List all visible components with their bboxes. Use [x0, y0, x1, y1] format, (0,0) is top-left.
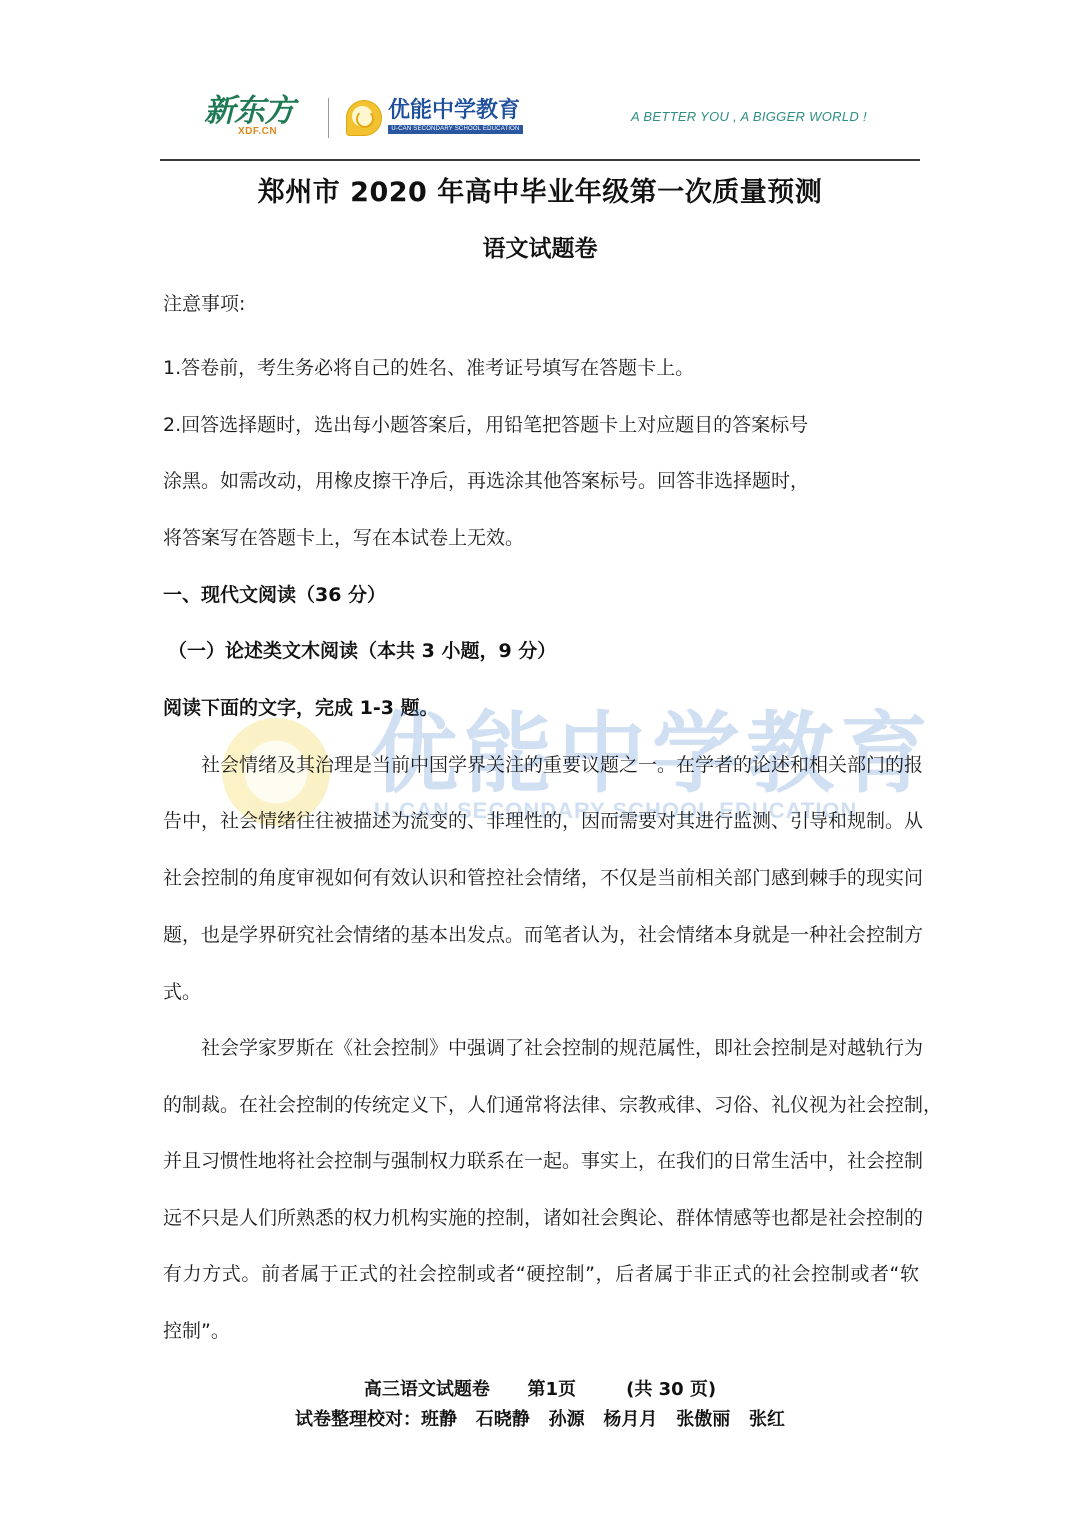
xdf-logo-cn: 新东方 — [204, 94, 294, 128]
document-title: 郑州市 2020 年高中毕业年级第一次质量预测 — [0, 173, 1080, 213]
paragraph-line: 社会学家罗斯在《社会控制》中强调了社会控制的规范属性，即社会控制是对越轨行为 — [163, 1033, 919, 1063]
ucan-logo: 优能中学教育 U-CAN SECONDARY SCHOOL EDUCATION — [346, 98, 536, 140]
ucan-logo-cn: 优能中学教育 — [388, 98, 520, 124]
paragraph-line: 的制裁。在社会控制的传统定义下，人们通常将法律、宗教戒律、习俗、礼仪视为社会控制… — [163, 1090, 919, 1120]
paragraph-line: 有力方式。前者属于正式的社会控制或者“硬控制”，后者属于非正式的社会控制或者“软 — [163, 1259, 919, 1289]
document-subtitle: 语文试题卷 — [0, 231, 1080, 267]
notice-line: 1.答卷前，考生务必将自己的姓名、准考证号填写在答题卡上。 — [163, 353, 919, 383]
logo-divider — [328, 98, 329, 138]
ucan-logo-en: U-CAN SECONDARY SCHOOL EDUCATION — [388, 125, 523, 134]
exam-page: 新东方 XDF.CN 优能中学教育 U-CAN SECONDARY SCHOOL… — [0, 0, 1080, 1527]
paragraph-line: 远不只是人们所熟悉的权力机构实施的控制，诸如社会舆论、群体情感等也都是社会控制的 — [163, 1203, 919, 1233]
paragraph-line: 式。 — [163, 977, 919, 1007]
page-footer-info: 高三语文试题卷 第1页 (共 30 页) — [0, 1376, 1080, 1404]
ucan-badge-icon — [346, 100, 382, 136]
paragraph-line: 社会情绪及其治理是当前中国学界关注的重要议题之一。在学者的论述和相关部门的报 — [163, 750, 919, 780]
paragraph-line: 社会控制的角度审视如何有效认识和管控社会情绪，不仅是当前相关部门感到棘手的现实问 — [163, 863, 919, 893]
paragraph-line: 告中，社会情绪往往被描述为流变的、非理性的，因而需要对其进行监测、引导和规制。从 — [163, 806, 919, 836]
page-footer-proofreaders: 试卷整理校对：班静 石晓静 孙源 杨月月 张傲丽 张红 — [0, 1406, 1080, 1434]
notice-heading: 注意事项: — [163, 289, 919, 319]
slogan: A BETTER YOU , A BIGGER WORLD ! — [631, 109, 867, 124]
notice-line: 2.回答选择题时，选出每小题答案后，用铅笔把答题卡上对应题目的答案标号 — [163, 410, 919, 440]
reading-instruction: 阅读下面的文字，完成 1-3 题。 — [163, 693, 919, 723]
notice-line: 涂黑。如需改动，用橡皮擦干净后，再选涂其他答案标号。回答非选择题时， — [163, 466, 919, 496]
paragraph-line: 并且习惯性地将社会控制与强制权力联系在一起。事实上，在我们的日常生活中，社会控制 — [163, 1146, 919, 1176]
notice-line: 将答案写在答题卡上，写在本试卷上无效。 — [163, 523, 919, 553]
paragraph-line: 题，也是学界研究社会情绪的基本出发点。而笔者认为，社会情绪本身就是一种社会控制方 — [163, 920, 919, 950]
paragraph-line: 控制”。 — [163, 1316, 919, 1346]
xdf-logo-en: XDF.CN — [238, 126, 277, 137]
subsection-heading: （一）论述类文木阅读（本共 3 小题，9 分） — [168, 636, 924, 666]
header-divider — [160, 159, 920, 161]
xdf-logo: 新东方 XDF.CN — [204, 94, 314, 142]
page-header: 新东方 XDF.CN 优能中学教育 U-CAN SECONDARY SCHOOL… — [160, 92, 920, 146]
section-heading: 一、现代文阅读（36 分） — [163, 580, 919, 610]
